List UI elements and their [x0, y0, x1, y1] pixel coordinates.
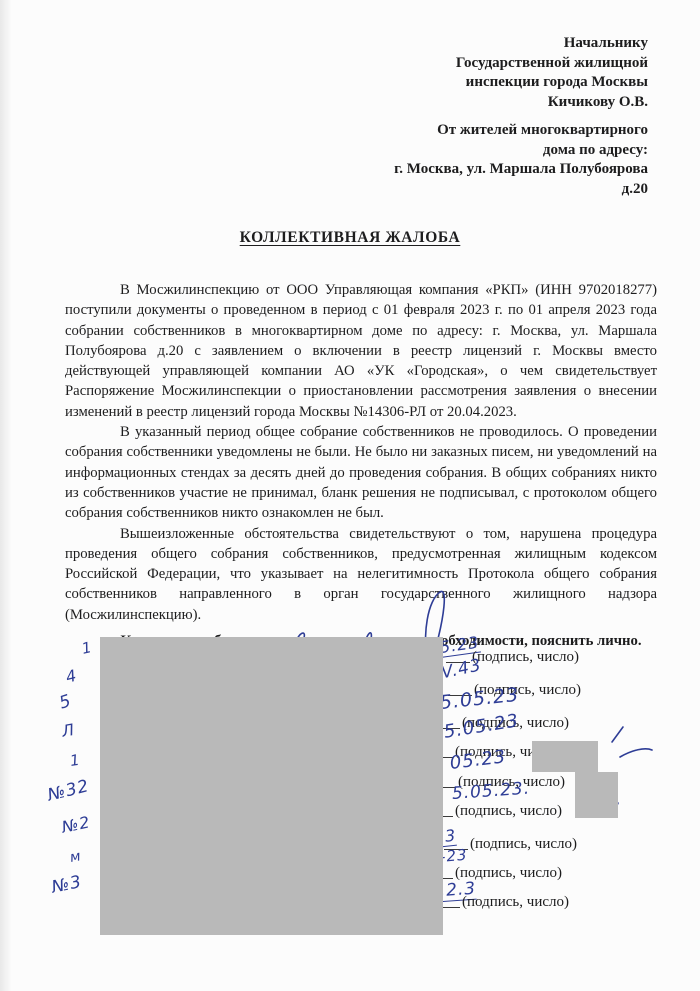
handwritten-date: 5.05.23 — [439, 684, 520, 714]
redaction-block — [100, 637, 443, 935]
margin-handwriting-mark: 1 — [69, 751, 82, 770]
margin-handwriting-mark: м — [69, 848, 83, 866]
margin-handwriting-mark: 1 — [80, 638, 94, 658]
handwritten-date: -23 — [439, 846, 468, 866]
redaction-block — [532, 741, 598, 772]
margin-handwriting-mark: 4 — [64, 666, 79, 687]
margin-handwriting-mark: №32 — [46, 776, 92, 806]
margin-handwriting-mark: 5 — [57, 691, 74, 714]
handwritten-date: 5.05.23. — [451, 779, 531, 804]
signature-caption: (подпись, число) — [462, 894, 569, 911]
signature-caption: (подпись, число) — [455, 803, 562, 820]
pen-slash-stroke — [612, 727, 623, 742]
margin-handwriting-mark: №2 — [60, 812, 92, 837]
margin-handwriting-mark: Л — [60, 720, 76, 741]
document-page: НачальникуГосударственной жилищнойинспек… — [0, 0, 700, 991]
handwritten-date: 5.05.23 — [442, 710, 520, 743]
signature-caption: (подпись, число) — [470, 836, 577, 853]
pen-dash-stroke — [620, 749, 652, 757]
margin-handwriting-mark: №3 — [50, 872, 84, 898]
signature-caption: (подпись, число) — [472, 649, 579, 666]
signatures-area: 5.23(подпись, число)1V.43(подпись, число… — [0, 0, 700, 991]
redaction-block — [575, 772, 618, 818]
